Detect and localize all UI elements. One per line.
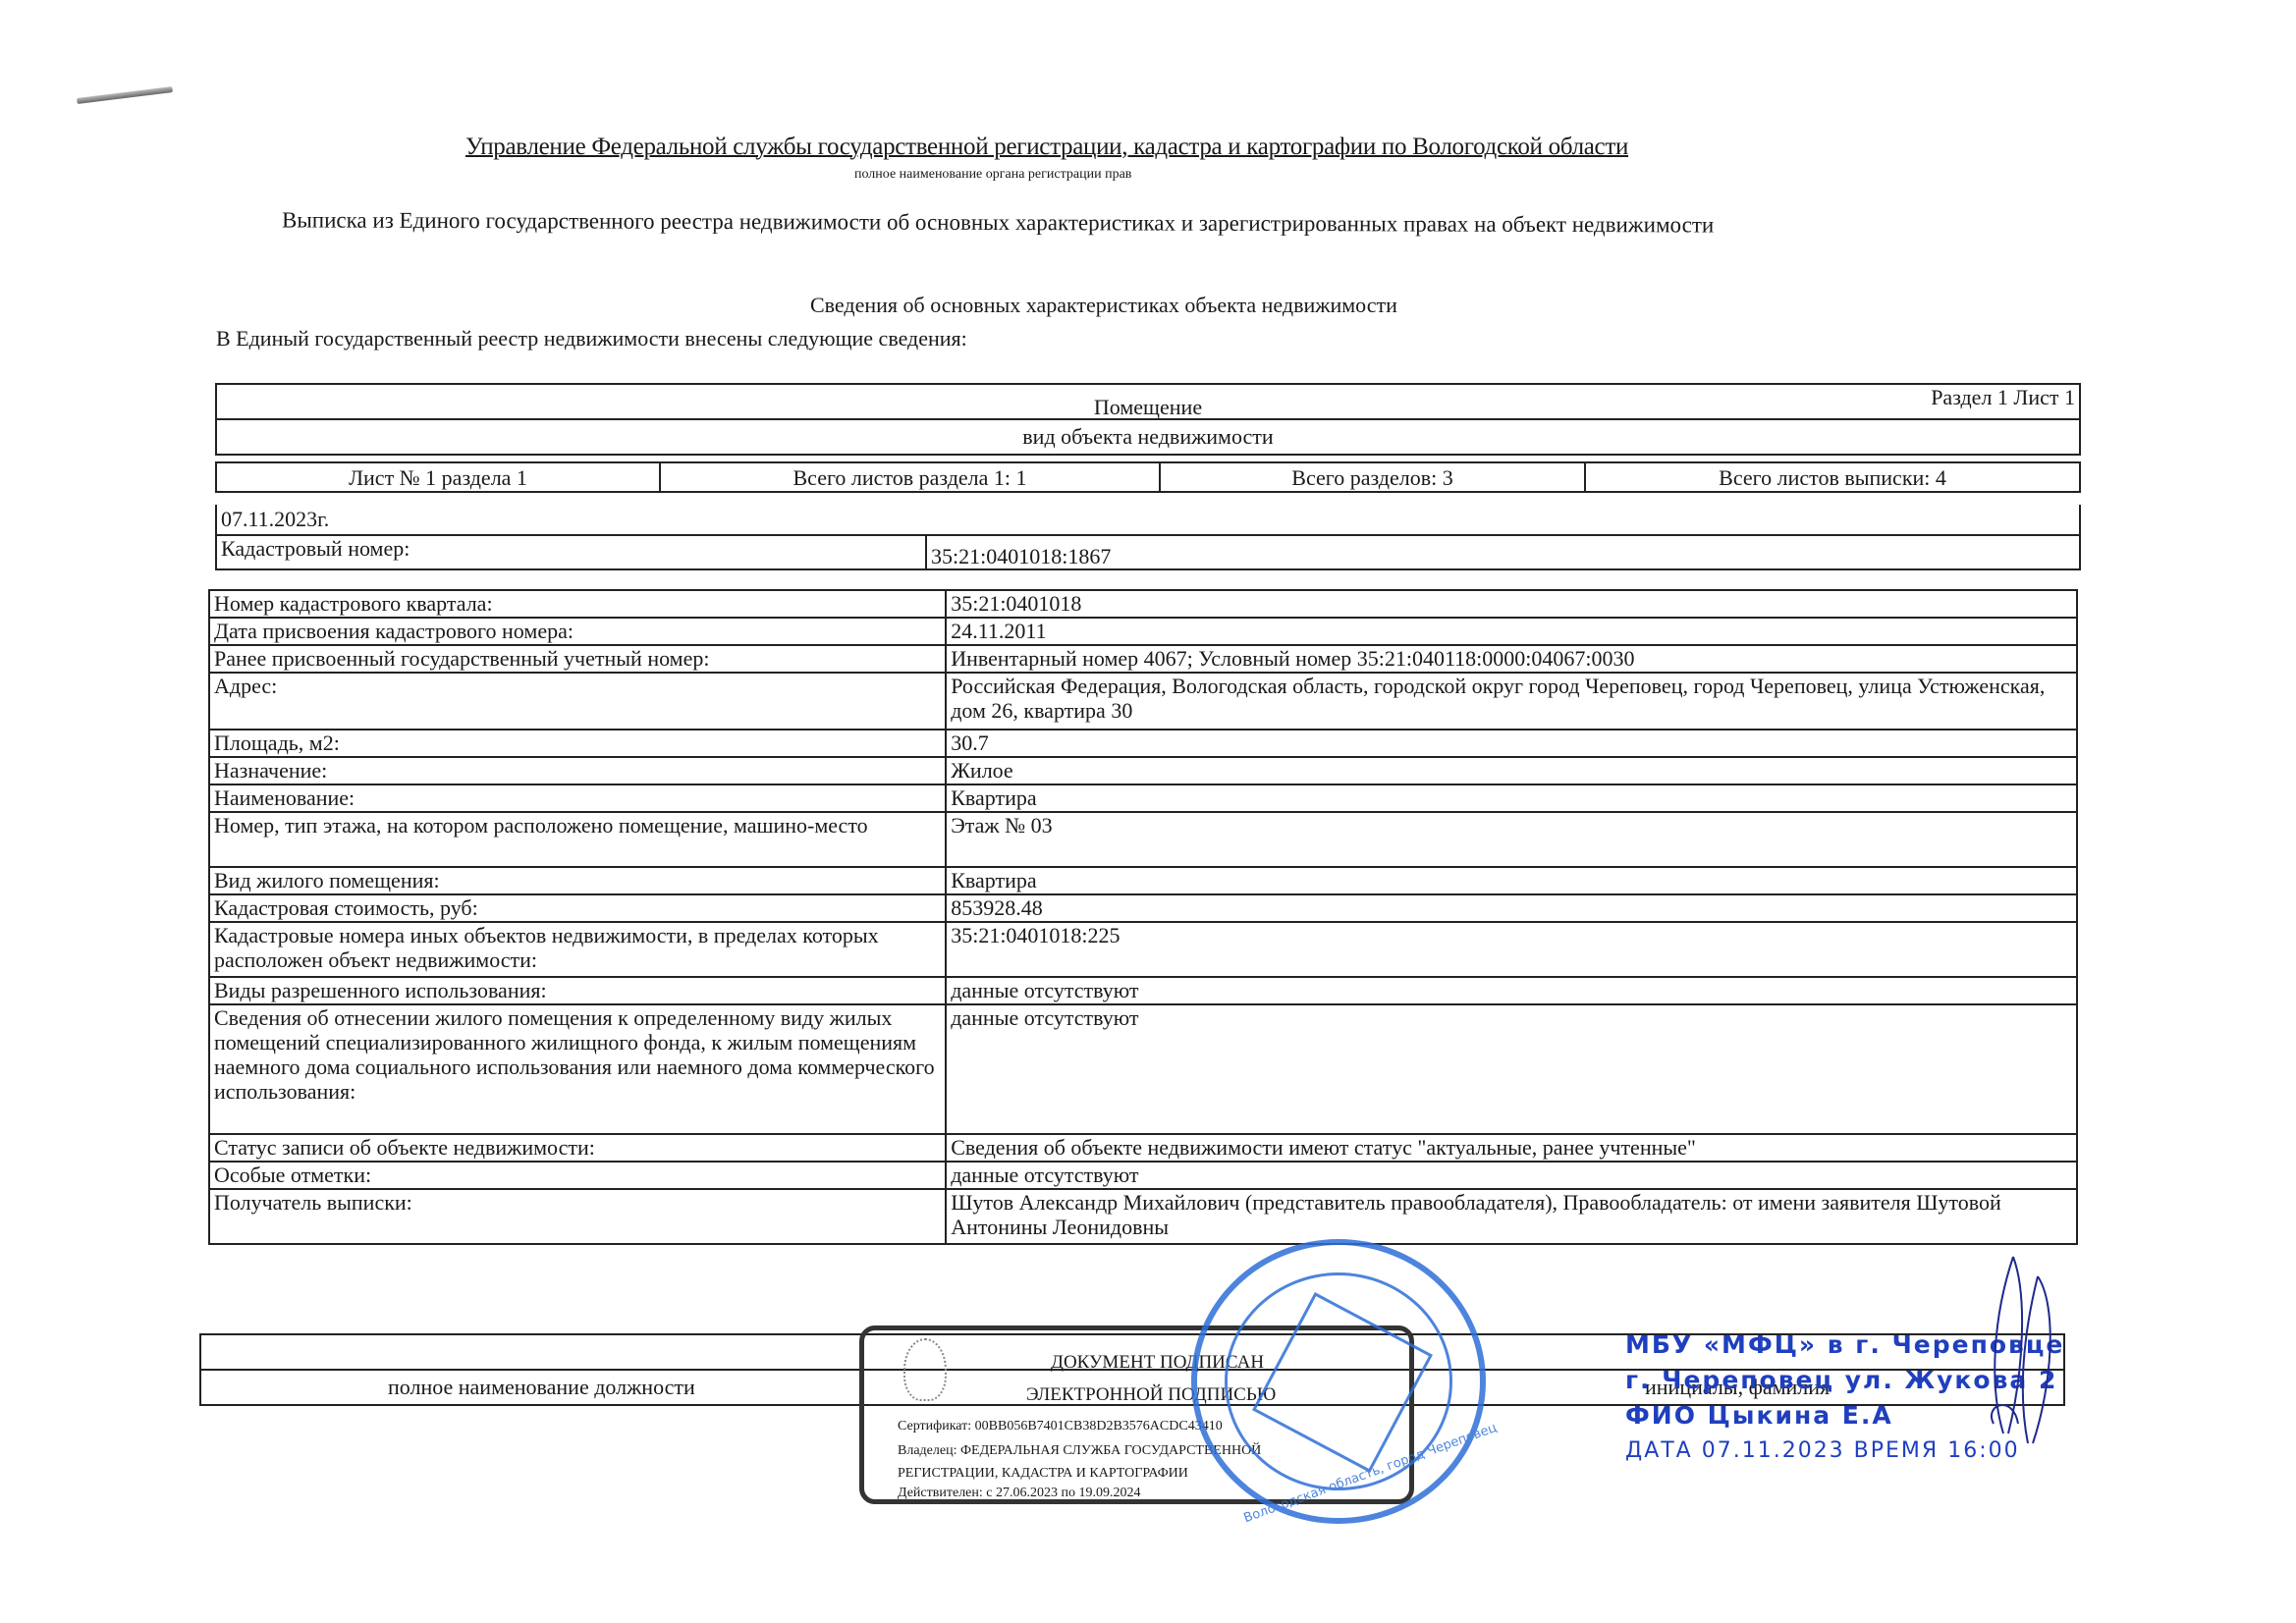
row-value: Сведения об объекте недвижимости имеют с… [946,1134,2077,1162]
section-sheet-label: Раздел 1 Лист 1 [1931,385,2075,410]
document-title: Выписка из Единого государственного реес… [282,207,1714,238]
round-seal-stamp: Вологодская область, город Череповец [1191,1239,1486,1524]
row-value: Российская Федерация, Вологодская област… [946,673,2077,730]
row-label: Адрес: [209,673,946,730]
row-value: 35:21:0401018 [946,590,2077,618]
row-label: Статус записи об объекте недвижимости: [209,1134,946,1162]
coat-of-arms-icon [903,1338,947,1401]
sheet-header-box: Раздел 1 Лист 1 Помещение вид объекта не… [215,383,2081,456]
object-type-row: Раздел 1 Лист 1 Помещение [217,385,2079,420]
row-label: Виды разрешенного использования: [209,977,946,1004]
row-label: Площадь, м2: [209,730,946,757]
org-caption: полное наименование органа регистрации п… [854,167,1131,183]
scan-artifact [77,86,173,104]
table-row: Назначение:Жилое [209,757,2077,784]
table-row: Кадастровая стоимость, руб:853928.48 [209,894,2077,922]
row-label: Получатель выписки: [209,1189,946,1244]
row-value: данные отсутствуют [946,1004,2077,1134]
row-value: 30.7 [946,730,2077,757]
row-value: 853928.48 [946,894,2077,922]
row-value: Инвентарный номер 4067; Условный номер 3… [946,645,2077,673]
object-type: Помещение [1094,395,1202,419]
sheet-number: Лист № 1 раздела 1 [217,463,661,491]
table-row: Кадастровый номер: 35:21:0401018:1867 [216,535,2080,569]
table-row: Виды разрешенного использования:данные о… [209,977,2077,1004]
row-label: Номер, тип этажа, на котором расположено… [209,812,946,867]
row-label: Дата присвоения кадастрового номера: [209,618,946,645]
characteristics-table: Номер кадастрового квартала:35:21:040101… [208,589,2078,1245]
row-value: данные отсутствуют [946,1162,2077,1189]
row-value: Квартира [946,867,2077,894]
table-row: Дата присвоения кадастрового номера:24.1… [209,618,2077,645]
row-value: данные отсутствуют [946,977,2077,1004]
row-label: Кадастровые номера иных объектов недвижи… [209,922,946,977]
row-value: Этаж № 03 [946,812,2077,867]
row-label: Наименование: [209,784,946,812]
esig-validity: Действителен: с 27.06.2023 по 19.09.2024 [898,1486,1140,1501]
esig-owner-2: РЕГИСТРАЦИИ, КАДАСТРА И КАРТОГРАФИИ [898,1466,1188,1482]
row-label: Ранее присвоенный государственный учетны… [209,645,946,673]
table-row: Статус записи об объекте недвижимости:Св… [209,1134,2077,1162]
cadastral-number-table: Кадастровый номер: 35:21:0401018:1867 [215,534,2081,570]
total-sheets-section: Всего листов раздела 1: 1 [661,463,1161,491]
table-row: Номер кадастрового квартала:35:21:040101… [209,590,2077,618]
position-caption: полное наименование должности [388,1371,695,1404]
table-row: Номер, тип этажа, на котором расположено… [209,812,2077,867]
table-row: Особые отметки:данные отсутствуют [209,1162,2077,1189]
row-value: Квартира [946,784,2077,812]
extract-date: 07.11.2023г. [215,505,2081,534]
row-value: Шутов Александр Михайлович (представител… [946,1189,2077,1244]
row-label: Номер кадастрового квартала: [209,590,946,618]
table-row: Адрес:Российская Федерация, Вологодская … [209,673,2077,730]
row-label: Кадастровая стоимость, руб: [209,894,946,922]
table-row: Кадастровые номера иных объектов недвижи… [209,922,2077,977]
row-label: Назначение: [209,757,946,784]
object-type-caption-row: вид объекта недвижимости [217,420,2079,454]
cadastral-number-label: Кадастровый номер: [216,535,926,569]
object-type-caption: вид объекта недвижимости [1022,424,1273,449]
esig-certificate: Сертификат: 00BB056B7401CB38D2B3576ACDC4… [898,1419,1223,1434]
row-label: Особые отметки: [209,1162,946,1189]
table-row: Ранее присвоенный государственный учетны… [209,645,2077,673]
row-label: Вид жилого помещения: [209,867,946,894]
total-sections: Всего разделов: 3 [1161,463,1586,491]
table-row: Наименование:Квартира [209,784,2077,812]
row-value: Жилое [946,757,2077,784]
total-sheets-extract: Всего листов выписки: 4 [1586,463,2079,491]
row-label: Сведения об отнесении жилого помещения к… [209,1004,946,1134]
row-value: 24.11.2011 [946,618,2077,645]
org-name: Управление Федеральной службы государств… [465,134,1628,161]
table-row: Сведения об отнесении жилого помещения к… [209,1004,2077,1134]
handwritten-signature-icon [1984,1237,2072,1453]
row-value: 35:21:0401018:225 [946,922,2077,977]
seal-emblem-icon [1252,1292,1433,1473]
sheet-meta-row: Лист № 1 раздела 1 Всего листов раздела … [215,461,2081,493]
section-title: Сведения об основных характеристиках объ… [810,293,1397,318]
table-row: Получатель выписки:Шутов Александр Михай… [209,1189,2077,1244]
cadastral-number-value: 35:21:0401018:1867 [926,535,2080,569]
table-row: Вид жилого помещения:Квартира [209,867,2077,894]
intro-text: В Единый государственный реестр недвижим… [216,326,967,352]
table-row: Площадь, м2:30.7 [209,730,2077,757]
